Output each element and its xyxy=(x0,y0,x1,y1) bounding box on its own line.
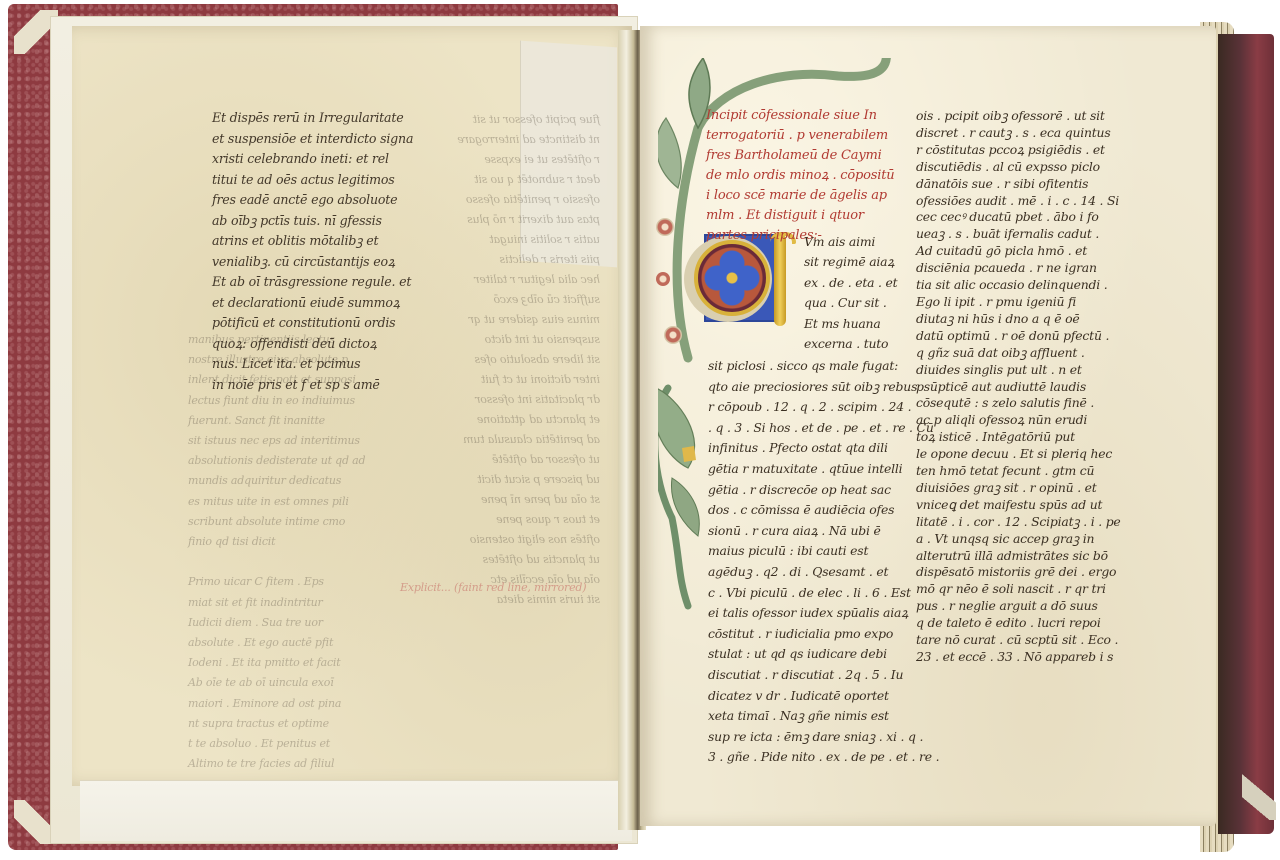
text-line: vniceꝗ det maifestu spūs ad ut xyxy=(916,497,1121,514)
text-line: disciēnia pcaueda . r ne igran xyxy=(916,260,1121,277)
text-line: in noīe pris et f et sp s amē xyxy=(212,375,402,396)
text-line: ten hmō tetat fecunt . gtm cū xyxy=(916,463,1121,480)
text-line: ab oībꝫ pctīs tuis. nī gfessis xyxy=(212,211,402,232)
text-line: qto aie preciosiores sūt oibꝫ rebus xyxy=(708,377,939,398)
text-line: dānatōis sue . r sibi ofitentis xyxy=(916,176,1121,193)
text-line: pōtificū et constitutionū ordis xyxy=(212,313,402,334)
text-line: ofessiōes audit . mē . i . c . 14 . Si xyxy=(916,193,1121,210)
text-line: 3 . gñe . Pide nito . ex . de pe . et . … xyxy=(708,747,939,768)
text-line: alterutrū illā admistrātes sic bō xyxy=(916,548,1121,565)
text-line: toꝝ isticē . Intēgatōriū put xyxy=(916,429,1121,446)
recto-column-b: ois . pcipit oibꝫ ofessorē . ut sit disc… xyxy=(916,108,1121,666)
initial-gold-stem xyxy=(774,234,786,326)
text-line: venialibꝫ. cū circūstantijs eoꝝ xyxy=(212,252,402,273)
text-line: tare nō curat . cū scptū sit . Eco . xyxy=(916,632,1121,649)
text-line: gētia . r discrecōe op heat sac xyxy=(708,480,939,501)
initial-rosette-icon xyxy=(694,240,770,316)
text-line: atrins et oblitis mōtalibꝫ et xyxy=(212,231,402,252)
text-line: titui te ad oēs actus legitimos xyxy=(212,170,402,191)
text-line: gētia r matuxitate . qtūue intelli xyxy=(708,459,939,480)
flower-bud-icon xyxy=(656,272,670,286)
text-line: Et ab oī trāsgressione regule. et xyxy=(212,272,402,293)
bleed-through-text: fiue pcipit ofessor ut sit nt distincte … xyxy=(420,110,600,610)
text-line: excerna . tuto xyxy=(804,334,897,354)
text-line: sup re icta : ēmꝫ dare sniaꝫ . xi . q . xyxy=(708,727,939,748)
rubric-line: terrogatoriū . p venerabilem xyxy=(706,126,894,146)
text-line: le opone decuu . Et si pleriq hec xyxy=(916,446,1121,463)
text-line: Et dispēs rerū in Irregularitate xyxy=(212,108,402,129)
text-line: discret . r cautꝫ . s . eca quintus xyxy=(916,125,1121,142)
text-line: q de taleto ē edito . lucri repoi xyxy=(916,615,1121,632)
text-line: r cōstitutas pccoꝝ psigiēdis . et xyxy=(916,142,1121,159)
bleed-through-text-lower: manibus pertinentiis lectus nostre illus… xyxy=(188,330,418,774)
text-line: diuides singlis put ult . n et xyxy=(916,362,1121,379)
text-line: c . Vbi piculū . de elec . li . 6 . Est xyxy=(708,583,939,604)
text-line: 23 . et eccē . 33 . Nō appareb i s xyxy=(916,649,1121,666)
text-line: infinitus . Pfecto ostat qta dili xyxy=(708,438,939,459)
flower-bud-icon xyxy=(656,218,674,236)
text-line: et suspensiōe et interdicto signa xyxy=(212,129,402,150)
text-line: datū optimū . r oē donū pfectū . xyxy=(916,328,1121,345)
text-line: Vm ais aimi xyxy=(804,232,897,252)
text-line: Et ms huana xyxy=(804,314,897,334)
text-line: xeta timaī . Naꝫ gñe nimis est xyxy=(708,706,939,727)
text-line: q gñz suā dat oibꝫ affluent . xyxy=(916,345,1121,362)
recto-column-a-top: Vm ais aimi sit regimē aiaꝝ ex . de . et… xyxy=(804,232,897,354)
text-line: ac p aliqli ofessoꝝ nūn erudi xyxy=(916,412,1121,429)
text-line: quoꝝ: offendisti deū dictoꝝ xyxy=(212,334,402,355)
verso-text-column: Et dispēs rerū in Irregularitate et susp… xyxy=(212,108,402,395)
illuminated-initial xyxy=(684,234,798,330)
bleed-through-rubric: Explicit... (faint red line, mirrored) xyxy=(400,578,586,599)
rubric-line: i loco scē marie de āgelis ap xyxy=(706,186,894,206)
rubric-line: Incipit cōfessionale siue In xyxy=(706,106,894,126)
text-line: pus . r neglie arguit a dō suus xyxy=(916,598,1121,615)
rubric-line: de mlo ordis minoꝝ . cōpositū xyxy=(706,166,894,186)
text-line: ois . pcipit oibꝫ ofessorē . ut sit xyxy=(916,108,1121,125)
text-line: . q . 3 . Si hos . et de . pe . et . re … xyxy=(708,418,939,439)
rubric-line: mlm . Et distiguit i qtuor xyxy=(706,206,894,226)
text-line: ei talis ofessor iudex spūalis aiaꝝ xyxy=(708,603,939,624)
text-line: cōsequtē : s zelo salutis finē . xyxy=(916,395,1121,412)
text-line: sionū . r cura aiaꝝ . Nā ubi ē xyxy=(708,521,939,542)
text-line: diuisiōes graꝫ sit . r opinū . et xyxy=(916,480,1121,497)
text-line: cec cecꝰ ducatū pbet . ābo i fo xyxy=(916,209,1121,226)
rubric-line: fres Bartholameū de Caymi xyxy=(706,146,894,166)
text-line: Ego li ipit . r pmu igeniū fi xyxy=(916,294,1121,311)
flower-bud-icon xyxy=(664,326,682,344)
leather-corner-bottom-right xyxy=(1242,772,1276,820)
right-board-binding xyxy=(1218,34,1274,834)
text-line: agēduꝫ . q2 . di . Qsesamt . et xyxy=(708,562,939,583)
text-line: stulat : ut qd qs iudicare debi xyxy=(708,644,939,665)
tissue-guard-strip xyxy=(80,780,632,841)
text-line: xristi celebrando ineti: et rel xyxy=(212,149,402,170)
text-line: et declarationū eiudē summoꝝ xyxy=(212,293,402,314)
text-line: ueaꝫ . s . buāt ifernalis cadut . xyxy=(916,226,1121,243)
rubric-heading: Incipit cōfessionale siue In terrogatori… xyxy=(706,106,894,246)
text-line: ex . de . eta . et xyxy=(804,273,897,293)
text-line: nus. Licet ita. et pcimus xyxy=(212,354,402,375)
text-line: Ad cuitadū gō picla hmō . et xyxy=(916,243,1121,260)
text-line: litatē . i . cor . 12 . Scipiatꝫ . i . p… xyxy=(916,514,1121,531)
text-line: discutiat . r discutiat . 2q . 5 . Iu xyxy=(708,665,939,686)
text-line: fres eadē anctē ego absoluote xyxy=(212,190,402,211)
text-line: mō qr nēo ē soli nascit . r qr tri xyxy=(916,581,1121,598)
recto-column-a: sit piclosi . sicco qs male fugat: qto a… xyxy=(708,356,939,768)
text-line: a . Vt unqsq sic accep graꝫ in xyxy=(916,531,1121,548)
text-line: tia sit alic occasio delinquendi . xyxy=(916,277,1121,294)
text-line: diutaꝫ ni hūs i dno a q ē oē xyxy=(916,311,1121,328)
text-line: psūpticē aut audiuttē laudis xyxy=(916,379,1121,396)
text-line: cōstitut . r iudicialia pmo expo xyxy=(708,624,939,645)
text-line: sit piclosi . sicco qs male fugat: xyxy=(708,356,939,377)
text-line: dos . c cōmissa ē audiēcia ofes xyxy=(708,500,939,521)
text-line: sit regimē aiaꝝ xyxy=(804,252,897,272)
text-line: discutiēdis . al cū expsso piclo xyxy=(916,159,1121,176)
text-line: qua . Cur sit . xyxy=(804,293,897,313)
text-line: dicatez v dr . Iudicatē oportet xyxy=(708,686,939,707)
text-line: maius piculū : ibi cauti est xyxy=(708,541,939,562)
text-line: dispēsatō mistoriis grē dei . ergo xyxy=(916,564,1121,581)
text-line: r cōpoub . 12 . q . 2 . scipim . 24 . xyxy=(708,397,939,418)
